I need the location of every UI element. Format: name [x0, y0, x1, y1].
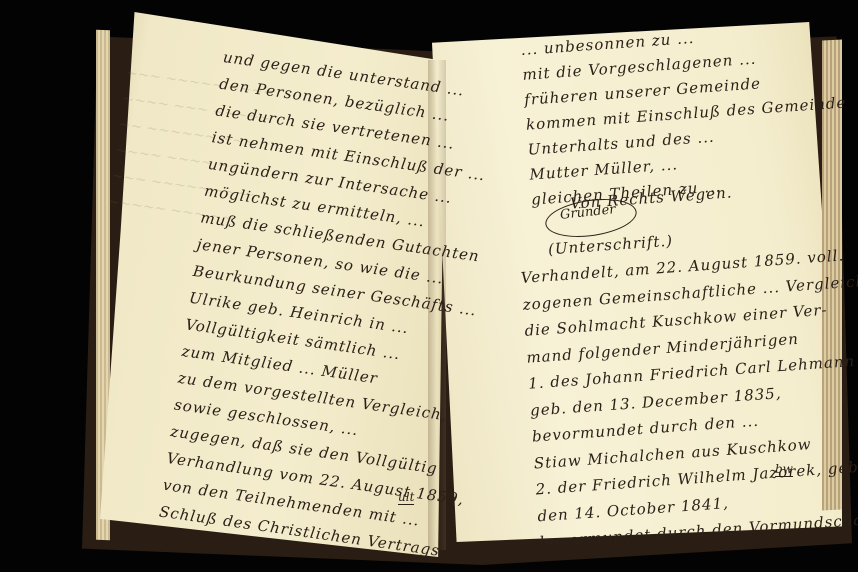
right-page-body-handwriting: Verhandelt, am 22. August 1859. voll. zo… — [520, 238, 858, 556]
left-end-mark: ult — [398, 490, 414, 505]
photo-background: ~~~ ~~~~~ ~~~~~~~~ ~~~ ~~~~~~~ ~~~~~~ ~~… — [0, 0, 858, 572]
right-end-mark: bw — [775, 462, 793, 477]
